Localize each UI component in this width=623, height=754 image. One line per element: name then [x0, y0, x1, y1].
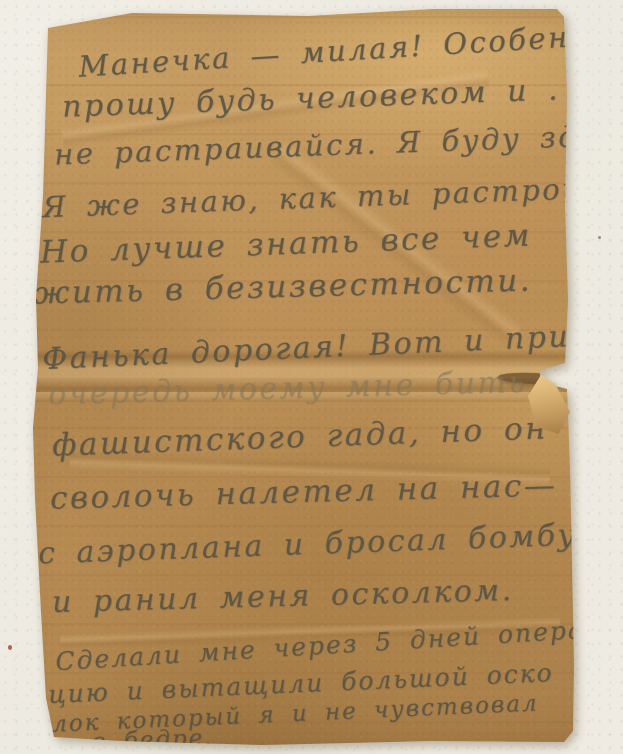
- letter-paper: Манечка — милая! Особенно тебя прошу буд…: [0, 0, 623, 754]
- scanner-background: Манечка — милая! Особенно тебя прошу буд…: [0, 0, 623, 754]
- letter-paper-wrapper: Манечка — милая! Особенно тебя прошу буд…: [0, 0, 623, 754]
- paper-edge-shading: [0, 0, 623, 754]
